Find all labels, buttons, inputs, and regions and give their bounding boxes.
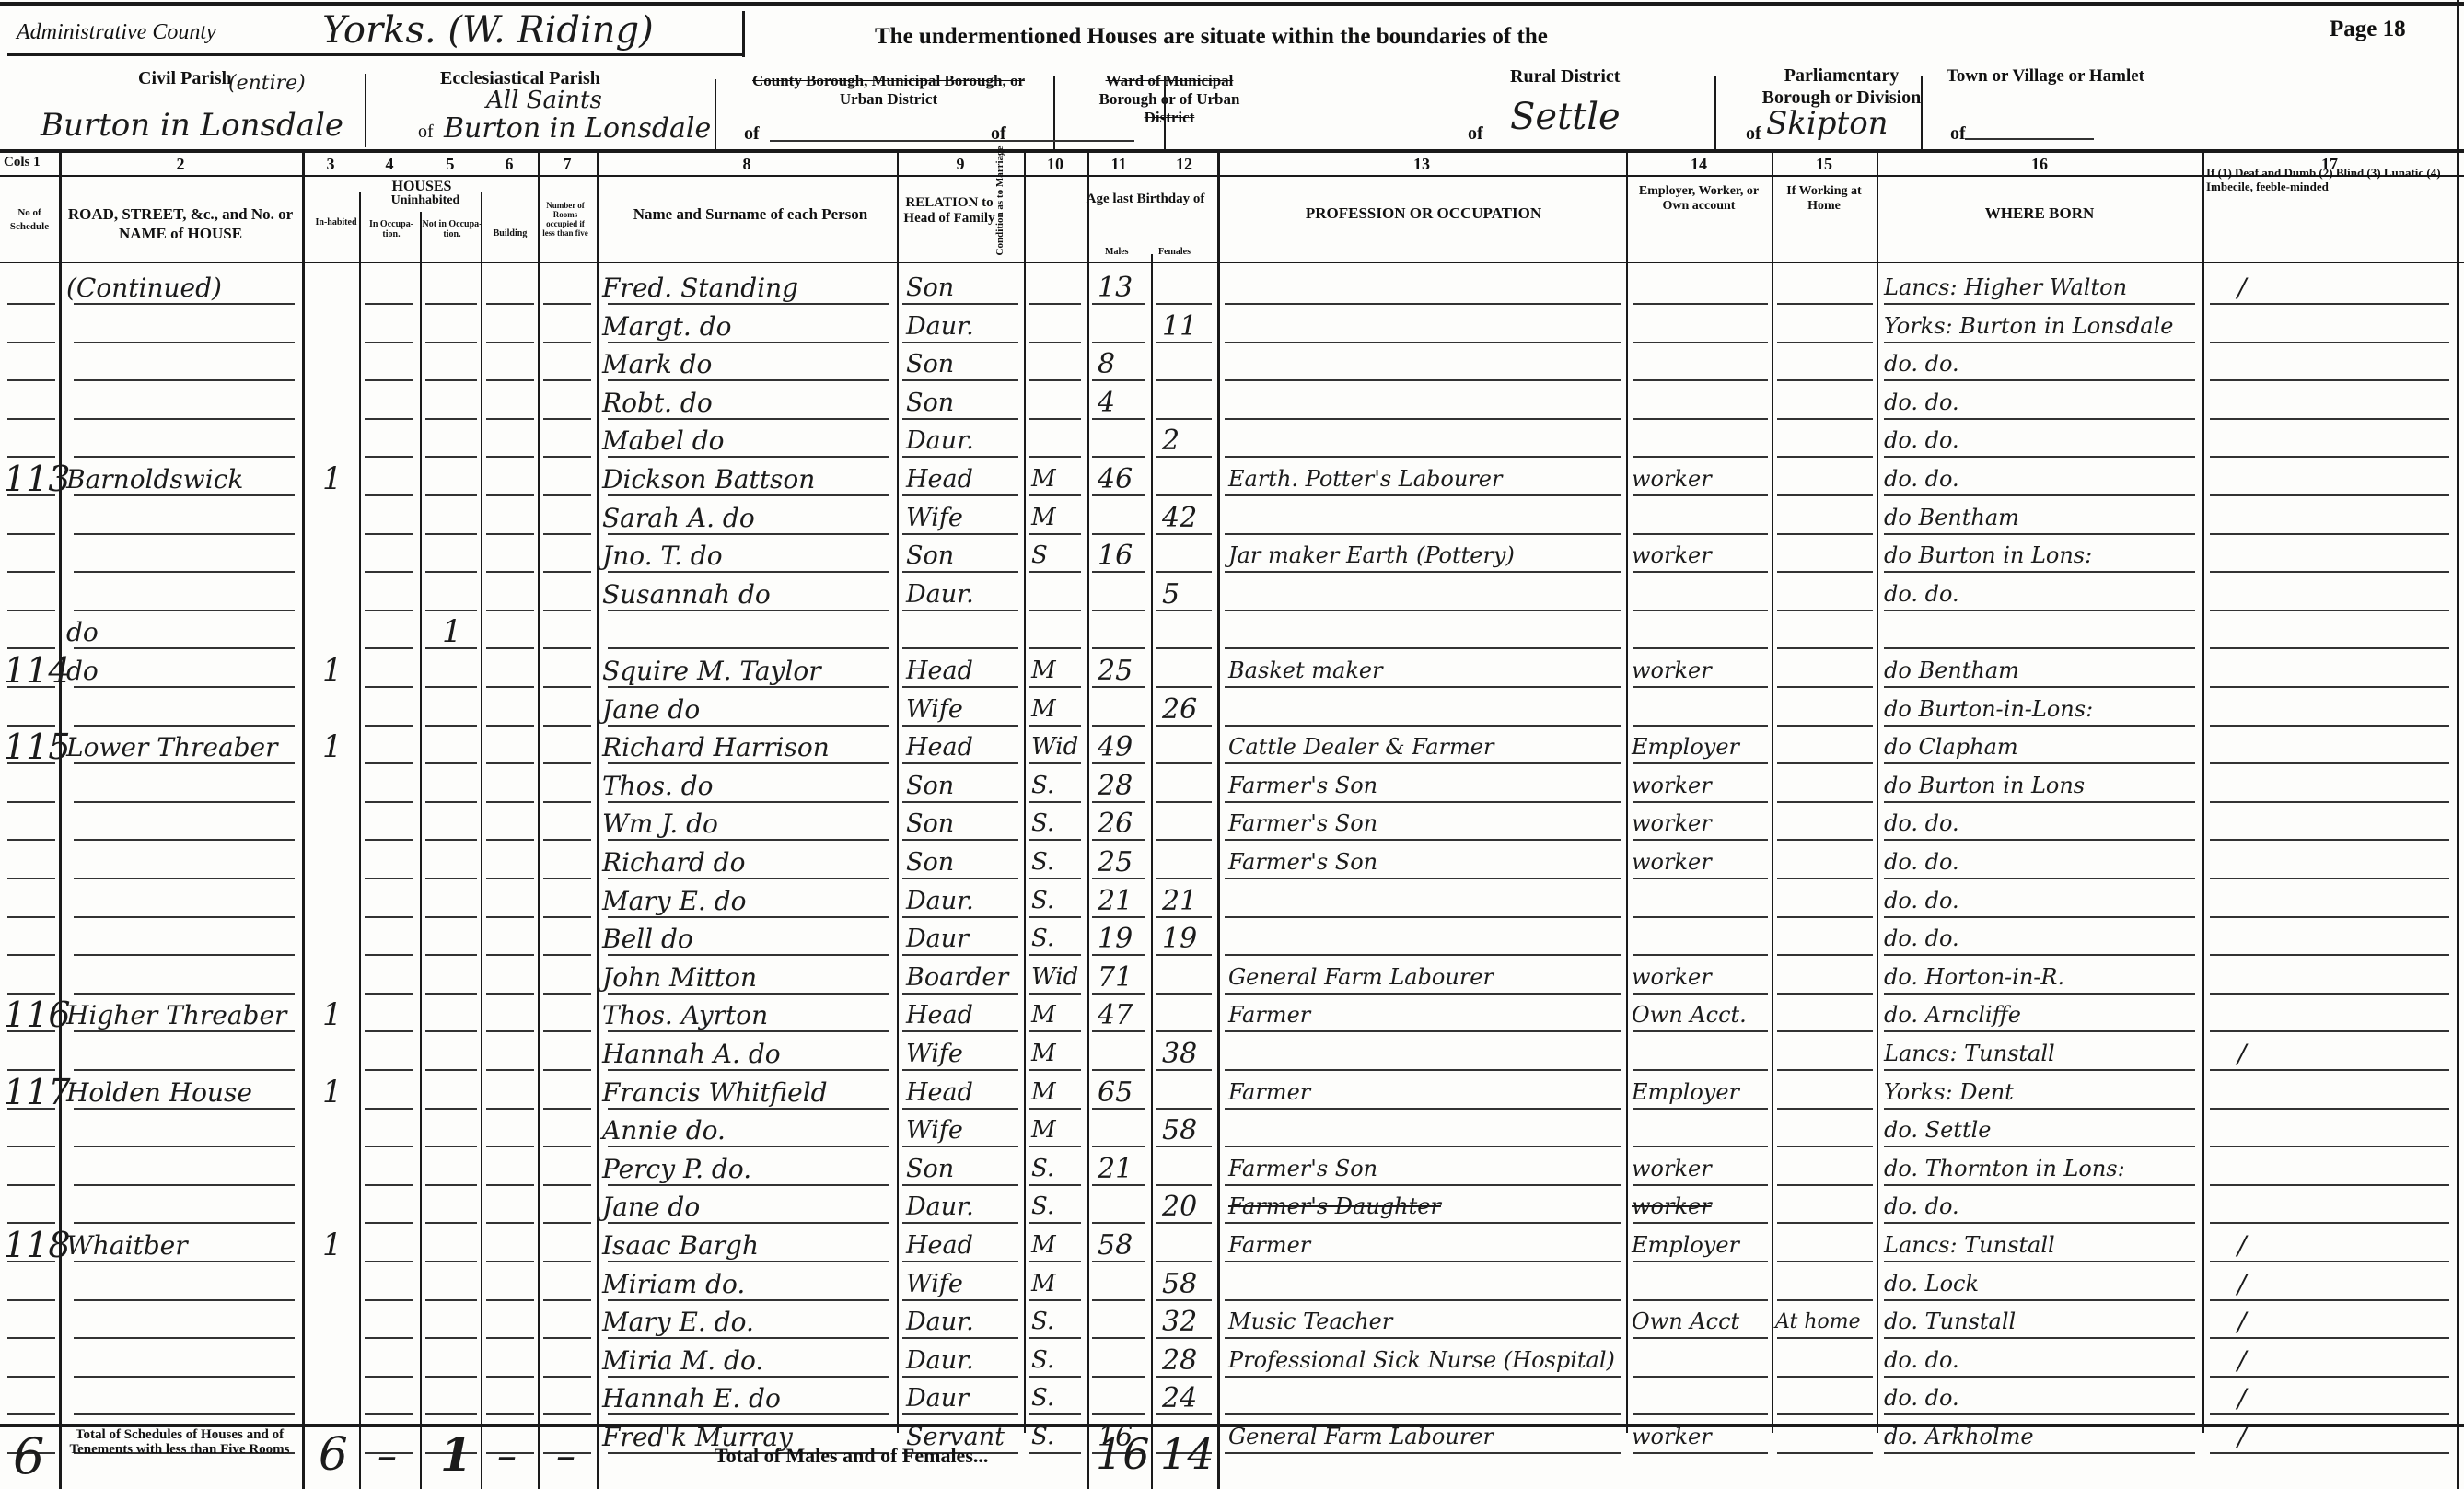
row-rule — [902, 1069, 1018, 1071]
row-rule — [425, 1030, 477, 1032]
row-rule — [365, 801, 413, 803]
inhabited-count: 1 — [322, 652, 343, 690]
female-age: 38 — [1162, 1035, 1197, 1073]
row-rule — [1029, 725, 1081, 727]
where-born: do Burton in Lons: — [1884, 537, 2092, 575]
row-rule — [1156, 762, 1212, 764]
row-rule — [1092, 342, 1145, 343]
inhabited-count: 1 — [322, 1227, 343, 1264]
row-rule — [1884, 1376, 2195, 1378]
inhabited-count: 1 — [322, 460, 343, 498]
condition: M — [1031, 499, 1056, 537]
row-rule — [1156, 342, 1212, 343]
row-rule — [1884, 303, 2195, 305]
row-rule — [74, 342, 295, 343]
ward-label: Ward of Municipal Borough or of Urban Di… — [1077, 72, 1261, 127]
row-rule — [1092, 379, 1145, 381]
row-rule — [1884, 762, 2195, 764]
row-rule — [608, 571, 889, 573]
census-row: Richard doSonS.25Farmer's Sonworkerdo. d… — [0, 843, 2464, 881]
row-rule — [1884, 418, 2195, 420]
row-rule — [365, 1108, 413, 1110]
where-born: do. do. — [1884, 460, 1959, 498]
male-age: 16 — [1098, 537, 1133, 575]
row-rule — [1225, 993, 1621, 995]
row-rule — [543, 725, 591, 727]
census-row: Mark doSon8do. do. — [0, 345, 2464, 383]
row-rule — [902, 610, 1018, 611]
row-rule — [902, 571, 1018, 573]
totals-top-border — [0, 1424, 2464, 1427]
relation: Son — [906, 805, 954, 843]
person-name: Mary E. do. — [602, 1303, 754, 1341]
row-rule — [365, 1069, 413, 1071]
row-rule — [1633, 1376, 1768, 1378]
male-age: 25 — [1098, 652, 1133, 690]
row-rule — [1225, 1030, 1621, 1032]
row-rule — [1225, 916, 1621, 918]
row-rule — [1156, 1376, 1212, 1378]
row-rule — [1156, 1261, 1212, 1262]
row-rule — [1633, 993, 1768, 995]
person-name: Isaac Bargh — [602, 1227, 759, 1264]
person-name: Susannah do — [602, 576, 771, 613]
total-females: 14 — [1160, 1429, 1215, 1479]
row-rule — [543, 303, 591, 305]
row-rule — [2210, 1452, 2449, 1454]
row-rule — [7, 1069, 55, 1071]
row-rule — [486, 801, 534, 803]
row-rule — [425, 1222, 477, 1224]
row-rule — [486, 571, 534, 573]
row-rule — [1884, 686, 2195, 688]
row-rule — [543, 839, 591, 841]
row-rule — [74, 878, 295, 879]
row-rule — [902, 878, 1018, 879]
row-rule — [902, 686, 1018, 688]
row-rule — [425, 801, 477, 803]
row-rule — [902, 1413, 1018, 1415]
row-rule — [486, 916, 534, 918]
row-rule — [486, 878, 534, 879]
row-rule — [1156, 1146, 1212, 1147]
row-rule — [902, 1108, 1018, 1110]
row-rule — [74, 839, 295, 841]
row-rule — [1633, 1146, 1768, 1147]
relation: Son — [906, 345, 954, 383]
relation: Wife — [906, 691, 963, 728]
row-rule — [1029, 686, 1081, 688]
row-rule — [1884, 1299, 2195, 1301]
census-row: Thos. doSonS.28Farmer's Sonworkerdo Burt… — [0, 767, 2464, 805]
road-name: Whaitber — [66, 1227, 188, 1264]
row-rule — [365, 878, 413, 879]
relation: Daur. — [906, 882, 974, 920]
row-rule — [1029, 1376, 1081, 1378]
where-born: do. Thornton in Lons: — [1884, 1150, 2125, 1188]
row-rule — [1029, 1452, 1081, 1454]
row-rule — [2210, 533, 2449, 535]
row-rule — [543, 993, 591, 995]
employer-status: worker — [1632, 843, 1712, 881]
row-rule — [1092, 1376, 1145, 1378]
column-number: 14 — [1626, 155, 1772, 174]
row-rule — [74, 1108, 295, 1110]
row-rule — [608, 1184, 889, 1186]
row-rule — [425, 1069, 477, 1071]
row-rule — [425, 1108, 477, 1110]
row-rule — [1029, 1184, 1081, 1186]
row-rule — [74, 686, 295, 688]
row-rule — [1029, 916, 1081, 918]
row-rule — [608, 610, 889, 611]
row-rule — [365, 342, 413, 343]
census-row: Sarah A. doWifeM42do Bentham — [0, 499, 2464, 537]
infirmity-mark: / — [2237, 1265, 2246, 1303]
admin-county-box-edge — [742, 11, 745, 57]
female-age: 42 — [1162, 499, 1197, 537]
census-row: Jane doWifeM26do Burton-in-Lons: — [0, 691, 2464, 728]
condition: M — [1031, 1111, 1056, 1149]
occupation: General Farm Labourer — [1228, 959, 1494, 996]
row-rule — [486, 1337, 534, 1339]
row-rule — [1156, 647, 1212, 649]
row-rule — [1225, 762, 1621, 764]
relation: Daur. — [906, 1303, 974, 1341]
row-rule — [2210, 1108, 2449, 1110]
where-born: do. do. — [1884, 422, 1959, 459]
person-name: Squire M. Taylor — [602, 652, 821, 690]
row-rule — [543, 1261, 591, 1262]
row-rule — [2210, 1413, 2449, 1415]
road-name: Holden House — [66, 1074, 252, 1111]
road-name: do — [66, 613, 99, 651]
row-rule — [902, 342, 1018, 343]
row-rule — [608, 456, 889, 458]
where-born: do. do. — [1884, 384, 1959, 422]
schedule-number: 114 — [4, 652, 71, 690]
row-rule — [1225, 418, 1621, 420]
row-rule — [425, 647, 477, 649]
admin-county-underline — [7, 53, 744, 56]
column-number: 6 — [481, 155, 538, 174]
male-age: 13 — [1098, 269, 1133, 307]
where-born: do Burton-in-Lons: — [1884, 691, 2093, 728]
row-rule — [486, 1299, 534, 1301]
column-number: 10 — [1024, 155, 1087, 174]
row-rule — [1156, 878, 1212, 879]
row-rule — [425, 1184, 477, 1186]
row-rule — [1777, 456, 1873, 458]
row-rule — [1092, 418, 1145, 420]
census-page: Administrative County Yorks. (W. Riding)… — [0, 0, 2464, 1489]
row-rule — [543, 686, 591, 688]
town-line — [1965, 138, 2094, 140]
row-rule — [7, 1146, 55, 1147]
col-uninhabited-header: Uninhabited — [361, 193, 490, 208]
census-row: Miria M. do.Daur.S.28Professional Sick N… — [0, 1342, 2464, 1379]
row-rule — [7, 839, 55, 841]
row-rule — [1633, 1108, 1768, 1110]
condition: S. — [1031, 920, 1054, 958]
employer-status: worker — [1632, 537, 1712, 575]
row-rule — [1884, 1184, 2195, 1186]
row-rule — [425, 571, 477, 573]
row-rule — [74, 762, 295, 764]
rural-district-label: Rural District — [1510, 66, 1620, 87]
col-working-home-header: If Working at Home — [1773, 184, 1875, 214]
row-rule — [1884, 342, 2195, 343]
row-rule — [902, 647, 1018, 649]
occupation: Farmer's Daughter — [1228, 1188, 1441, 1226]
where-born: do. Horton-in-R. — [1884, 959, 2064, 996]
row-rule — [425, 494, 477, 496]
row-rule — [1225, 533, 1621, 535]
row-rule — [1633, 1184, 1768, 1186]
total-in-occupation: – — [378, 1433, 397, 1478]
male-age: 28 — [1098, 767, 1133, 805]
row-rule — [425, 993, 477, 995]
row-rule — [365, 456, 413, 458]
row-rule — [1029, 1337, 1081, 1339]
row-rule — [1029, 418, 1081, 420]
employer-status: Employer — [1632, 1227, 1739, 1264]
row-rule — [486, 1069, 534, 1071]
relation: Wife — [906, 1265, 963, 1303]
row-rule — [365, 1146, 413, 1147]
person-name: Mary E. do — [602, 882, 747, 920]
row-rule — [1029, 1069, 1081, 1071]
row-rule — [608, 1030, 889, 1032]
row-rule — [1156, 839, 1212, 841]
county-borough-line — [770, 140, 1018, 142]
row-rule — [365, 1030, 413, 1032]
census-row: Hannah E. doDaurS.24do. do./ — [0, 1379, 2464, 1417]
row-rule — [1777, 303, 1873, 305]
row-rule — [486, 1222, 534, 1224]
row-rule — [1092, 1299, 1145, 1301]
row-rule — [1884, 494, 2195, 496]
row-rule — [608, 954, 889, 956]
row-rule — [1777, 379, 1873, 381]
row-rule — [74, 1222, 295, 1224]
where-born: do. do. — [1884, 1342, 1959, 1379]
where-born: do. do. — [1884, 882, 1959, 920]
occupation: Basket maker — [1228, 652, 1383, 690]
where-born: do. do. — [1884, 1379, 1959, 1417]
person-name: Annie do. — [602, 1111, 726, 1149]
person-name: Margt. do — [602, 308, 732, 345]
row-rule — [608, 762, 889, 764]
row-rule — [1225, 303, 1621, 305]
row-rule — [1777, 762, 1873, 764]
col-relation-header: RELATION to Head of Family — [899, 195, 1000, 227]
row-rule — [1225, 456, 1621, 458]
row-rule — [365, 1261, 413, 1262]
where-born: do Clapham — [1884, 728, 2018, 766]
row-rule — [1092, 303, 1145, 305]
census-row: do1 — [0, 613, 2464, 651]
row-rule — [74, 1376, 295, 1378]
row-rule — [486, 1376, 534, 1378]
row-rule — [1092, 1222, 1145, 1224]
row-rule — [2210, 1376, 2449, 1378]
where-born: do. do. — [1884, 1188, 1959, 1226]
col-females-header: Females — [1158, 247, 1191, 257]
col-rooms-header: Number of Rooms occupied if less than fi… — [540, 201, 591, 238]
relation: Daur. — [906, 1342, 974, 1379]
row-rule — [7, 379, 55, 381]
column-header-bottom — [0, 262, 2464, 263]
row-rule — [1884, 1069, 2195, 1071]
row-rule — [1777, 1299, 1873, 1301]
row-rule — [543, 494, 591, 496]
ward-of: of — [991, 123, 1006, 145]
row-rule — [1225, 1376, 1621, 1378]
row-rule — [1777, 878, 1873, 879]
census-row: Margt. doDaur.11Yorks: Burton in Lonsdal… — [0, 308, 2464, 345]
row-rule — [425, 1146, 477, 1147]
employer-status: worker — [1632, 959, 1712, 996]
row-rule — [365, 725, 413, 727]
row-rule — [74, 801, 295, 803]
row-rule — [1633, 878, 1768, 879]
condition: S — [1031, 537, 1048, 575]
row-rule — [7, 303, 55, 305]
where-born: do Bentham — [1884, 652, 2019, 690]
relation: Head — [906, 996, 973, 1034]
row-rule — [608, 303, 889, 305]
census-row: Mary E. doDaur.S.2121do. do. — [0, 882, 2464, 920]
row-rule — [1092, 1413, 1145, 1415]
row-rule — [1777, 610, 1873, 611]
row-rule — [486, 725, 534, 727]
row-rule — [1884, 1261, 2195, 1262]
top-border — [0, 2, 2464, 6]
male-age: 4 — [1098, 384, 1115, 422]
person-name: Fred. Standing — [602, 269, 798, 307]
row-rule — [7, 878, 55, 879]
row-rule — [365, 418, 413, 420]
where-born: do. Arncliffe — [1884, 996, 2021, 1034]
where-born: do. do. — [1884, 345, 1959, 383]
admin-county-value: Yorks. (W. Riding) — [322, 9, 654, 52]
row-rule — [902, 839, 1018, 841]
occupation: Farmer's Son — [1228, 805, 1377, 843]
row-rule — [543, 1222, 591, 1224]
occupation: Cattle Dealer & Farmer — [1228, 728, 1494, 766]
total-schedules: 6 — [13, 1427, 44, 1485]
row-rule — [486, 839, 534, 841]
relation: Daur — [906, 920, 969, 958]
row-rule — [1225, 1108, 1621, 1110]
row-rule — [1225, 342, 1621, 343]
where-born: Lancs: Tunstall — [1884, 1035, 2055, 1073]
relation: Head — [906, 652, 973, 690]
row-rule — [1633, 725, 1768, 727]
row-rule — [486, 1184, 534, 1186]
column-number: 7 — [538, 155, 597, 174]
row-rule — [902, 456, 1018, 458]
row-rule — [74, 418, 295, 420]
row-rule — [543, 647, 591, 649]
occupation: Jar maker Earth (Pottery) — [1228, 537, 1515, 575]
row-rule — [1777, 1108, 1873, 1110]
where-born: do. do. — [1884, 576, 1959, 613]
condition: M — [1031, 996, 1056, 1034]
row-rule — [1092, 647, 1145, 649]
male-age: 8 — [1098, 345, 1115, 383]
row-rule — [1156, 379, 1212, 381]
female-age: 2 — [1162, 422, 1180, 459]
civil-parish-note: (entire) — [228, 72, 306, 95]
row-rule — [1156, 801, 1212, 803]
male-age: 65 — [1098, 1074, 1133, 1111]
infirmity-mark: / — [2237, 1342, 2246, 1379]
condition: S. — [1031, 767, 1054, 805]
row-rule — [543, 571, 591, 573]
row-rule — [902, 303, 1018, 305]
row-rule — [608, 1337, 889, 1339]
row-rule — [425, 725, 477, 727]
row-rule — [543, 1108, 591, 1110]
row-rule — [1633, 916, 1768, 918]
male-age: 58 — [1098, 1227, 1133, 1264]
row-rule — [1884, 801, 2195, 803]
row-rule — [1156, 1030, 1212, 1032]
row-rule — [1092, 1030, 1145, 1032]
row-rule — [1156, 418, 1212, 420]
infirmity-mark: / — [2237, 1035, 2246, 1073]
column-number: 13 — [1217, 155, 1626, 174]
row-rule — [1156, 610, 1212, 611]
person-name: Sarah A. do — [602, 499, 755, 537]
column-number: 3 — [302, 155, 359, 174]
relation: Son — [906, 269, 954, 307]
census-row: Annie do.WifeM58do. Settle — [0, 1111, 2464, 1149]
row-rule — [1777, 571, 1873, 573]
relation: Son — [906, 537, 954, 575]
row-rule — [1092, 494, 1145, 496]
row-rule — [7, 571, 55, 573]
row-rule — [1156, 456, 1212, 458]
row-rule — [486, 533, 534, 535]
row-rule — [425, 762, 477, 764]
female-age: 21 — [1162, 882, 1197, 920]
row-rule — [1777, 1069, 1873, 1071]
row-rule — [1884, 1222, 2195, 1224]
census-row: Wm J. doSonS.26Farmer's Sonworkerdo. do. — [0, 805, 2464, 843]
row-rule — [1092, 954, 1145, 956]
person-name: Bell do — [602, 920, 693, 958]
row-rule — [1633, 303, 1768, 305]
row-rule — [608, 916, 889, 918]
divider — [1164, 76, 1166, 149]
row-rule — [2210, 954, 2449, 956]
col-road-header: ROAD, STREET, &c., and No. or NAME of HO… — [61, 204, 300, 243]
row-rule — [2210, 686, 2449, 688]
infirmity-mark: / — [2237, 269, 2246, 307]
row-rule — [608, 878, 889, 879]
census-row: 113Barnoldswick1Dickson BattsonHeadM46Ea… — [0, 460, 2464, 498]
row-rule — [1092, 1069, 1145, 1071]
row-rule — [2210, 1184, 2449, 1186]
schedule-number: 116 — [4, 996, 71, 1034]
census-row: (Continued)Fred. StandingSon13Lancs: Hig… — [0, 269, 2464, 307]
row-rule — [365, 1222, 413, 1224]
row-rule — [1633, 342, 1768, 343]
row-rule — [608, 418, 889, 420]
